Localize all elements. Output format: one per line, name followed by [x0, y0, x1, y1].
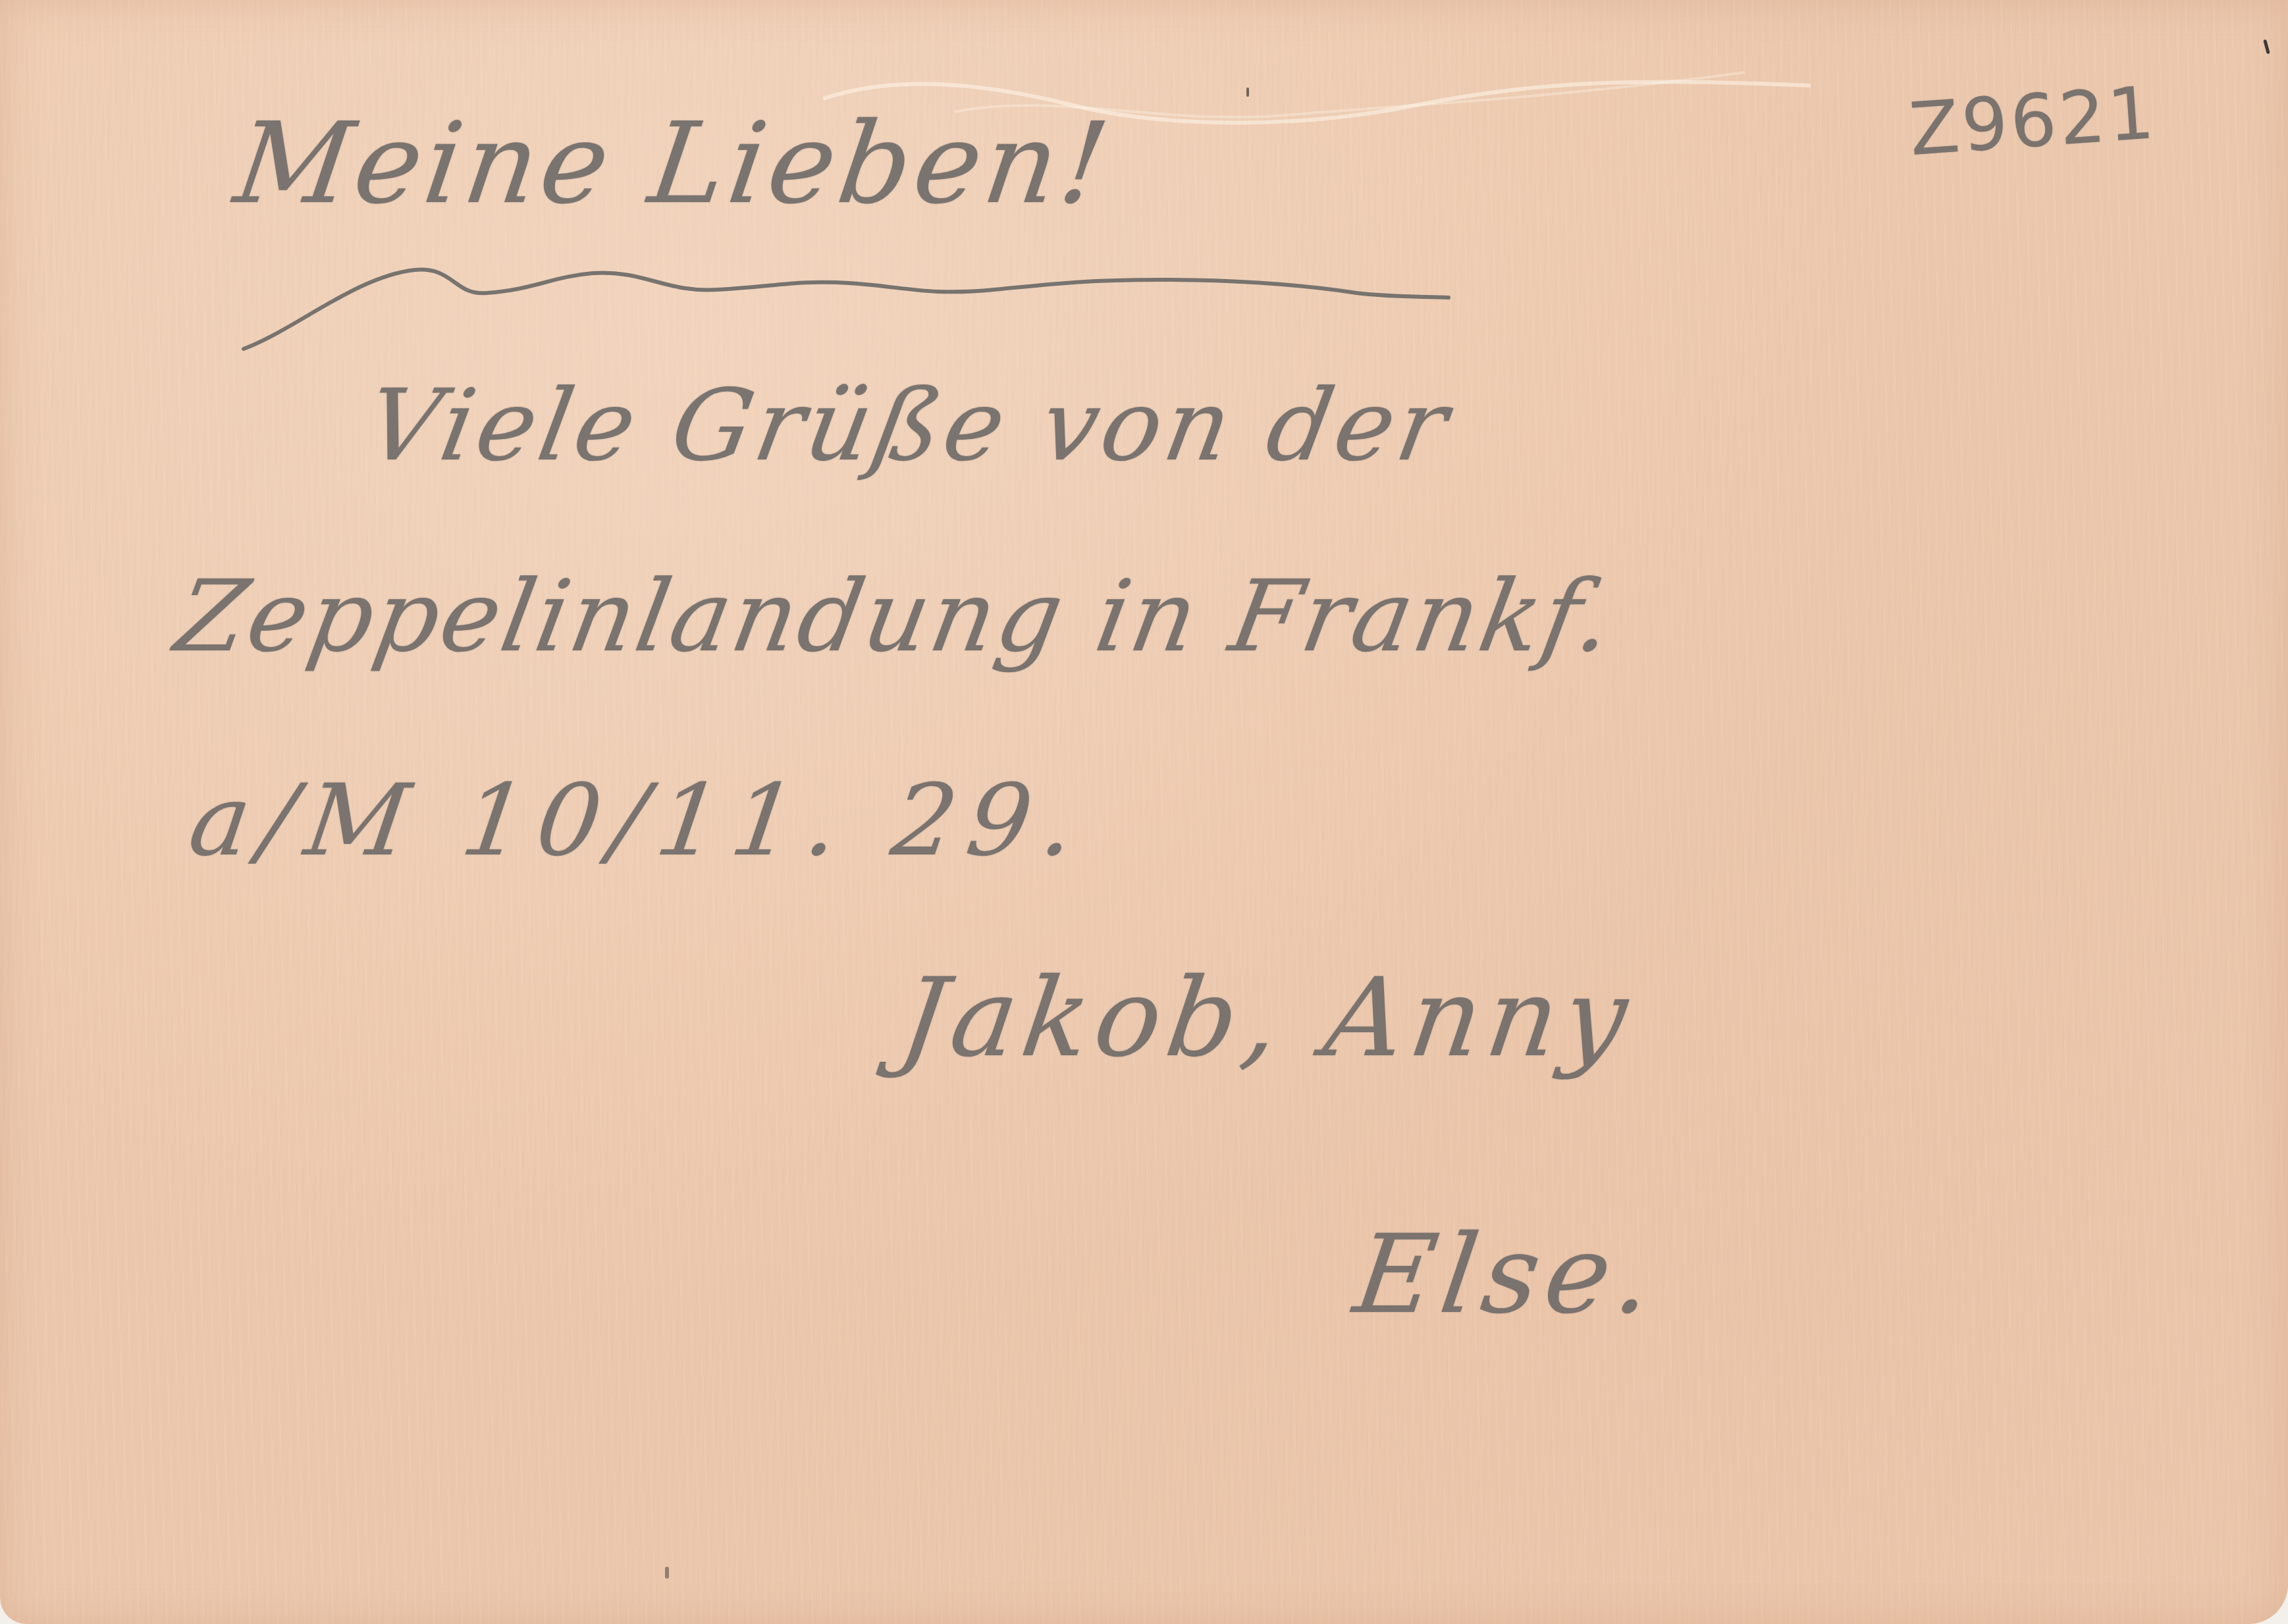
paper-speck	[1246, 88, 1249, 97]
message-line-1: Viele Grüße von der	[359, 369, 1460, 483]
postcard: Meine Lieben! Z9621 Viele Grüße von der …	[0, 0, 2288, 1624]
greeting-text: Meine Lieben!	[228, 99, 1119, 229]
signature-jakob-anny: Jakob, Anny	[893, 955, 1641, 1081]
wavy-underline	[237, 257, 1455, 355]
paper-speck	[2263, 39, 2270, 55]
signature-else: Else.	[1348, 1211, 1667, 1338]
message-line-2: Zeppelinlandung in Frankf.	[168, 560, 1624, 674]
paper-speck	[665, 1567, 669, 1579]
message-line-3-date: a/M 10/11. 29.	[183, 764, 1094, 878]
archive-number: Z9621	[1907, 70, 2159, 172]
